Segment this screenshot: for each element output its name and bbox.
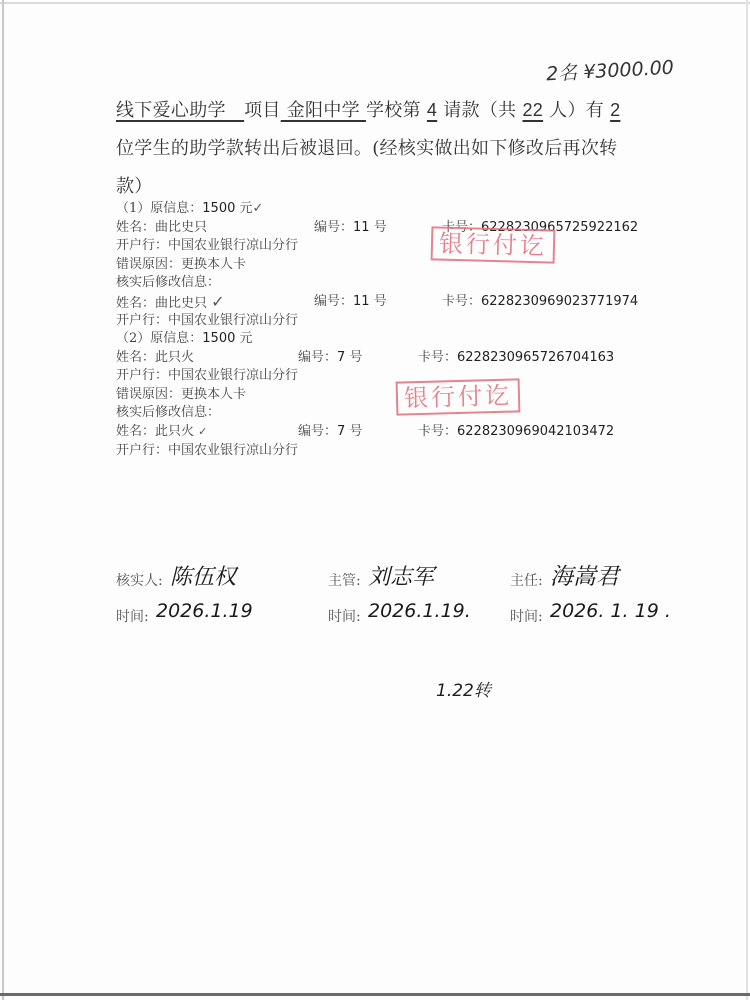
supervisor-time-label: 时间: — [328, 606, 361, 626]
verifier-date: 2026.1.19 — [156, 600, 253, 622]
bank-label: 开户行： — [116, 238, 168, 253]
student-name: 此只火 — [155, 424, 194, 439]
total-people: 22 — [522, 100, 543, 120]
card-label: 卡号： — [442, 294, 481, 309]
page-edge-left — [2, 0, 4, 1000]
bank-label: 开户行： — [116, 368, 168, 383]
project-suffix: 项目 — [244, 100, 281, 121]
student-number: 11 — [353, 220, 370, 235]
name-label: 姓名： — [116, 296, 155, 311]
card-number: 6228230965726704163 — [457, 350, 614, 365]
name-label: 姓名： — [116, 424, 155, 439]
record-amount-unit: 元 — [240, 331, 253, 346]
bank-paid-stamp: 银行付讫 — [396, 378, 521, 415]
error-label: 错误原因： — [116, 387, 181, 402]
handwritten-total-note: 2名 ¥3000.00 — [545, 53, 674, 87]
name-label: 姓名： — [116, 220, 155, 235]
student-name: 此只火 — [155, 350, 194, 365]
page-edge-right — [746, 0, 748, 1000]
number-label: 编号： — [314, 294, 353, 309]
verifier-label: 核实人: — [116, 570, 163, 590]
student-number: 7 — [337, 424, 345, 439]
corrected-label: 核实后修改信息： — [116, 274, 220, 293]
director-signature: 海嵩君 — [550, 558, 619, 591]
bank-name: 中国农业银行凉山分行 — [168, 313, 298, 328]
check-mark-icon: ✓ — [198, 425, 207, 438]
supervisor-signature: 刘志军 — [368, 560, 434, 591]
supervisor-label: 主管: — [328, 570, 361, 590]
bank-name: 中国农业银行凉山分行 — [168, 368, 298, 383]
number-unit: 号 — [374, 294, 387, 309]
card-number: 6228230969042103472 — [457, 424, 614, 439]
student-number: 7 — [337, 350, 345, 365]
batch-suffix: 请款（共 — [443, 100, 516, 121]
bank-label: 开户行： — [116, 313, 168, 328]
returned-count: 2 — [610, 100, 620, 120]
bank-name: 中国农业银行凉山分行 — [168, 443, 298, 458]
check-mark-icon: ✓ — [211, 292, 224, 311]
number-label: 编号： — [298, 350, 337, 365]
verifier-time-label: 时间: — [116, 606, 149, 626]
page-edge-bottom — [0, 993, 750, 996]
record-amount: 1500 — [202, 331, 235, 346]
number-unit: 号 — [374, 220, 387, 235]
supervisor-date: 2026.1.19. — [368, 600, 471, 622]
record-amount-unit: 元 — [240, 201, 253, 216]
verifier-signature: 陈伍权 — [170, 560, 236, 591]
error-reason: 更换本人卡 — [181, 387, 246, 402]
error-label: 错误原因： — [116, 257, 181, 272]
header-line-3: 款） — [116, 172, 153, 198]
card-label: 卡号： — [418, 424, 457, 439]
project-name: 线下爱心助学 — [116, 100, 244, 121]
student-name: 曲比史只 — [155, 296, 207, 311]
header-line-2: 位学生的助学款转出后被退回。(经核实做出如下修改后再次转 — [116, 134, 617, 160]
handwritten-footer-note: 1.22转 — [436, 676, 491, 701]
name-label: 姓名： — [116, 350, 155, 365]
number-unit: 号 — [349, 350, 362, 365]
card-number: 6228230969023771974 — [481, 294, 638, 309]
check-mark-icon: ✓ — [253, 201, 264, 216]
corrected-label: 核实后修改信息： — [116, 404, 220, 423]
header-line-1: 线下爱心助学 项目 金阳中学 学校第 4 请款（共 22 人）有 2 — [116, 96, 620, 122]
record-heading-label: （2）原信息： — [116, 331, 202, 346]
error-reason: 更换本人卡 — [181, 257, 246, 272]
record-amount: 1500 — [202, 201, 235, 216]
school-suffix: 学校第 — [366, 100, 421, 121]
director-time-label: 时间: — [510, 606, 543, 626]
director-date: 2026. 1. 19 . — [550, 600, 671, 622]
bank-paid-stamp: 银行付讫 — [431, 226, 556, 263]
bank-label: 开户行： — [116, 443, 168, 458]
school-name: 金阳中学 — [281, 100, 366, 121]
student-name: 曲比史只 — [155, 220, 207, 235]
card-label: 卡号： — [418, 350, 457, 365]
bank-name: 中国农业银行凉山分行 — [168, 238, 298, 253]
batch-number: 4 — [427, 100, 437, 120]
number-unit: 号 — [349, 424, 362, 439]
number-label: 编号： — [298, 424, 337, 439]
record-heading-label: （1）原信息： — [116, 201, 202, 216]
student-number: 11 — [353, 294, 370, 309]
page-edge-top — [0, 2, 750, 4]
number-label: 编号： — [314, 220, 353, 235]
director-label: 主任: — [510, 570, 543, 590]
people-suffix: 人）有 — [549, 100, 604, 121]
